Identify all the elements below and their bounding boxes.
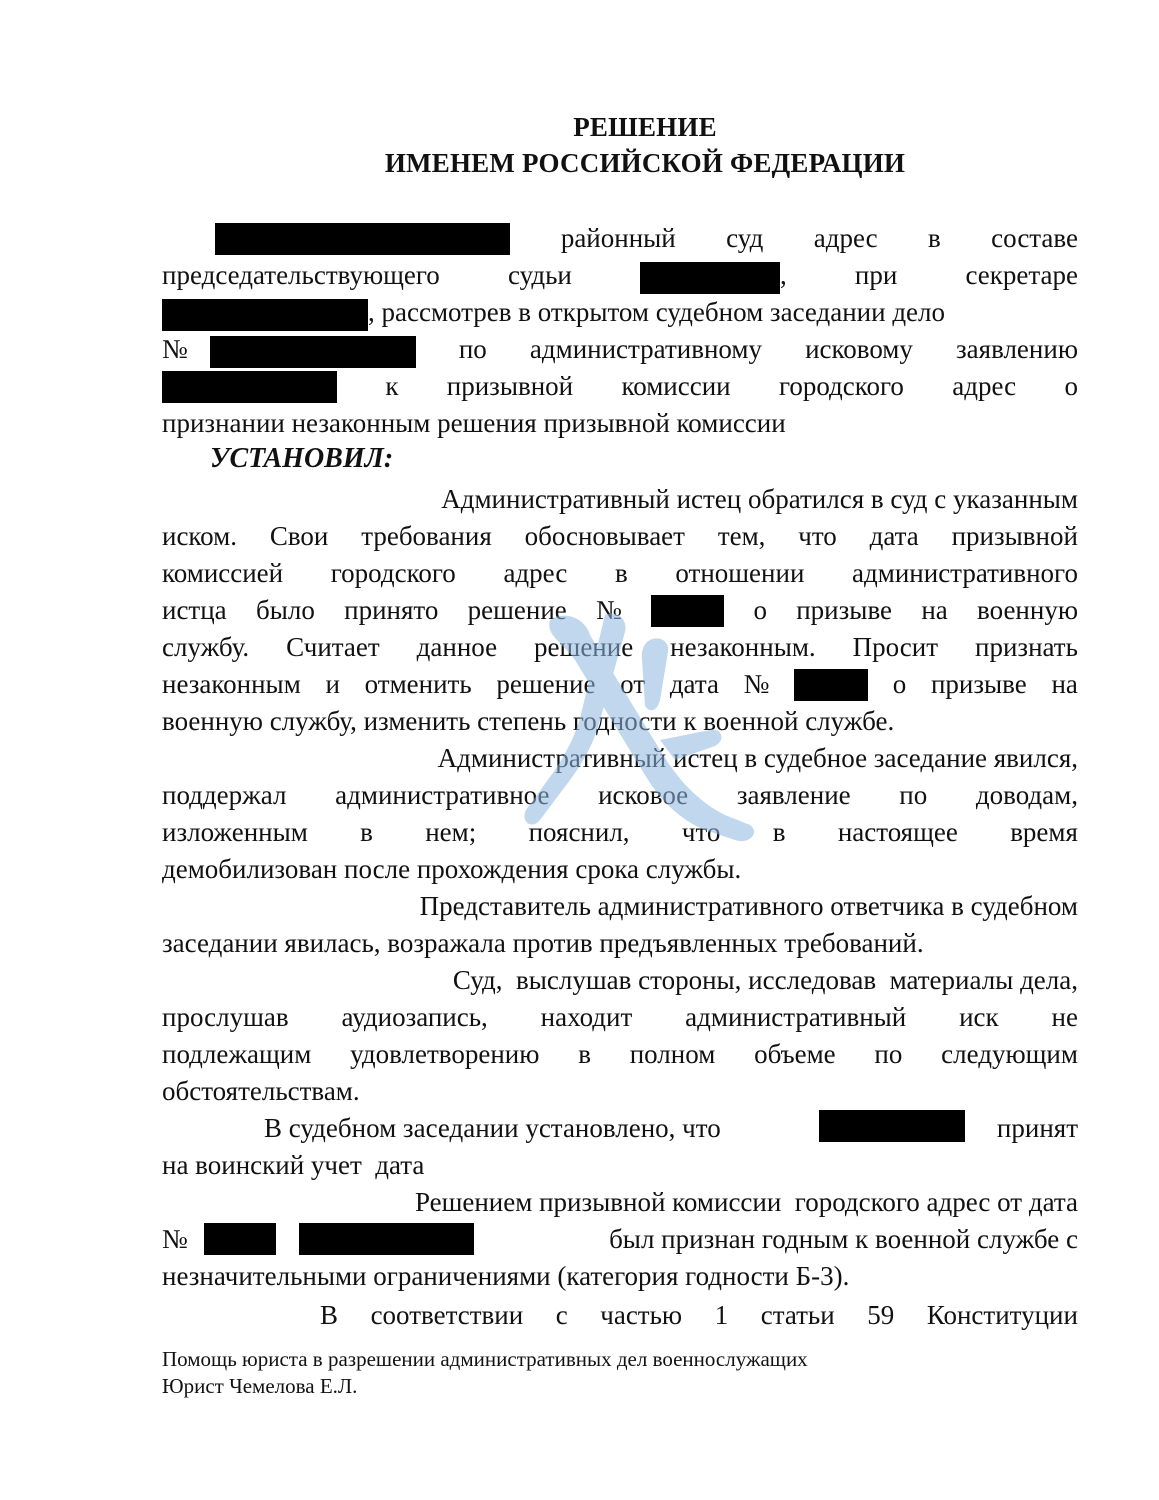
- word: данное: [417, 629, 497, 666]
- word: адрес: [503, 555, 567, 592]
- word: городского: [779, 368, 904, 405]
- word: и: [325, 666, 339, 703]
- word: судьи: [508, 257, 572, 294]
- p1-line-3: комиссией городского адрес в отношении а…: [162, 555, 1078, 592]
- word: подлежащим: [162, 1036, 311, 1073]
- word: при: [855, 257, 897, 294]
- word: административного: [852, 555, 1078, 592]
- word: в: [615, 555, 628, 592]
- word: истца: [162, 592, 227, 629]
- word: решение: [534, 629, 633, 666]
- redacted-block: [640, 262, 780, 294]
- redacted-judge: ,: [640, 257, 787, 294]
- word: 59: [867, 1297, 894, 1334]
- word: следующим: [941, 1036, 1078, 1073]
- word: что: [682, 814, 721, 851]
- word: незаконным.: [670, 629, 816, 666]
- word: дата: [670, 666, 719, 703]
- word: находит: [541, 999, 633, 1036]
- word: тем,: [718, 518, 766, 555]
- word: административный: [685, 999, 906, 1036]
- p1-line-1: Административный истец обратился в суд с…: [297, 481, 1078, 518]
- word: призывной: [952, 518, 1078, 555]
- redacted-block: [318, 223, 510, 255]
- word: председательствующего: [162, 257, 440, 294]
- word: дата: [870, 518, 919, 555]
- p3-line-1: Представитель административного ответчик…: [278, 888, 1078, 925]
- word: о: [753, 592, 767, 629]
- p4-line-3: подлежащим удовлетворению в полном объем…: [162, 1036, 1078, 1073]
- document-title: РЕШЕНИЕ: [0, 112, 1159, 143]
- footer-line-2: Юрист Чемелова Е.Л.: [162, 1373, 357, 1400]
- intro-line-2: председательствующего судьи , при секрет…: [162, 257, 1078, 294]
- p4-line-1: Суд, выслушав стороны, исследовав матери…: [292, 962, 1078, 999]
- redacted-block: [215, 223, 328, 255]
- word: принят: [997, 1110, 1078, 1147]
- word: призывной: [447, 368, 573, 405]
- word: в: [773, 814, 786, 851]
- word: административное: [335, 777, 549, 814]
- document-page: РЕШЕНИЕ ИМЕНЕМ РОССИЙСКОЙ ФЕДЕРАЦИИ райо…: [0, 0, 1159, 1500]
- p6-line-2: № был признан годным к военной службе с: [162, 1221, 1078, 1258]
- section-heading: УСТАНОВИЛ:: [210, 443, 393, 475]
- word: аудиозапись,: [341, 999, 487, 1036]
- redacted-block: [162, 371, 337, 403]
- intro-line-5: к призывной комиссии городского адрес о: [162, 368, 1078, 405]
- word: было: [256, 592, 315, 629]
- word: №: [744, 666, 770, 703]
- word: призыве: [931, 666, 1027, 703]
- word: Конституции: [927, 1297, 1078, 1334]
- p2-line-1: Административный истец в судебное заседа…: [290, 740, 1078, 777]
- word: составе: [991, 220, 1078, 257]
- word: решение: [496, 666, 595, 703]
- text: В судебном заседании установлено, что: [264, 1113, 721, 1143]
- word: прослушав: [162, 999, 289, 1036]
- text: был признан годным к военной службе с: [609, 1221, 1078, 1258]
- word: изложенным: [162, 814, 308, 851]
- word: заявление: [737, 777, 851, 814]
- p4-line-2: прослушав аудиозапись, находит администр…: [162, 999, 1078, 1036]
- p1-line-4: истца было принято решение № о призыве н…: [162, 592, 1078, 629]
- word: объеме: [754, 1036, 836, 1073]
- word: военную: [977, 592, 1078, 629]
- redacted-block: [794, 669, 868, 701]
- word: требования: [361, 518, 492, 555]
- word: не: [1052, 999, 1078, 1036]
- word: настоящее: [838, 814, 958, 851]
- word: в: [360, 814, 373, 851]
- footer-line-1: Помощь юриста в разрешении административ…: [162, 1346, 808, 1373]
- redacted-block: [204, 1223, 276, 1255]
- redacted-block: [299, 1223, 474, 1255]
- word: пояснил,: [529, 814, 630, 851]
- word: секретаре: [965, 257, 1078, 294]
- number-sign: №: [162, 1224, 188, 1254]
- intro-line-4: № по административному исковому заявлени…: [162, 331, 1078, 368]
- text: , рассмотрев в открытом судебном заседан…: [368, 297, 945, 327]
- word: принято: [344, 592, 438, 629]
- word: иск: [959, 999, 999, 1036]
- intro-line-1: районный суд адрес в составе: [215, 220, 1078, 257]
- p2-line-4: демобилизован после прохождения срока сл…: [162, 851, 1078, 888]
- word: время: [1010, 814, 1078, 851]
- p1-line-2: иском. Свои требования обосновывает тем,…: [162, 518, 1078, 555]
- document-subtitle: ИМЕНЕМ РОССИЙСКОЙ ФЕДЕРАЦИИ: [0, 148, 1159, 179]
- word: адрес: [814, 220, 878, 257]
- redacted-block: [162, 299, 368, 331]
- p7-line-1: В соответствии с частью 1 статьи 59 Конс…: [320, 1297, 1078, 1334]
- word: исковому: [805, 331, 913, 368]
- word: 1: [715, 1297, 729, 1334]
- word: на: [1051, 666, 1077, 703]
- word: адрес: [952, 368, 1016, 405]
- word: иском.: [162, 518, 237, 555]
- word: в: [578, 1036, 591, 1073]
- word: Просит: [853, 629, 938, 666]
- p5-line-2: на воинский учет дата: [162, 1147, 1078, 1184]
- word: призыве: [796, 592, 892, 629]
- p1-line-5: службу. Считает данное решение незаконны…: [162, 629, 1078, 666]
- word: к: [385, 368, 398, 405]
- p6-line-1: Решением призывной комиссии городского а…: [276, 1184, 1078, 1221]
- p3-line-2: заседании явилась, возражала против пред…: [162, 925, 1078, 962]
- redacted-block: [819, 1110, 965, 1142]
- word: исковое: [598, 777, 688, 814]
- word: районный: [561, 220, 676, 257]
- word: комиссией: [162, 555, 283, 592]
- intro-line-3: , рассмотрев в открытом судебном заседан…: [162, 294, 1078, 331]
- word: что: [798, 518, 837, 555]
- case-number: №: [162, 331, 416, 368]
- word: службу.: [162, 629, 249, 666]
- p2-line-2: поддержал административное исковое заявл…: [162, 777, 1078, 814]
- word: обосновывает: [525, 518, 685, 555]
- word: административному: [530, 331, 762, 368]
- word: о: [1064, 368, 1078, 405]
- word: решение: [468, 592, 567, 629]
- intro-line-6: признании незаконным решения призывной к…: [162, 405, 1078, 442]
- word: поддержал: [162, 777, 286, 814]
- word: №: [596, 592, 622, 629]
- word: соответствии: [371, 1297, 524, 1334]
- word: отношении: [675, 555, 804, 592]
- word: статьи: [761, 1297, 835, 1334]
- redacted-block: [651, 595, 724, 627]
- p4-line-4: обстоятельствам.: [162, 1073, 1078, 1110]
- word: отменить: [365, 666, 472, 703]
- word: частью: [600, 1297, 682, 1334]
- p2-line-3: изложенным в нем; пояснил, что в настоящ…: [162, 814, 1078, 851]
- word: с: [556, 1297, 568, 1334]
- word: ,: [780, 260, 787, 290]
- word: по: [459, 331, 487, 368]
- word: заявлению: [956, 331, 1078, 368]
- redacted-block: [210, 336, 416, 368]
- word: по: [899, 777, 927, 814]
- word: в: [928, 220, 941, 257]
- word: Считает: [286, 629, 380, 666]
- word: суд: [726, 220, 763, 257]
- word: от: [620, 666, 645, 703]
- p1-line-6: незаконным и отменить решение от дата № …: [162, 666, 1078, 703]
- word: городского: [331, 555, 456, 592]
- p1-line-7: военную службу, изменить степень годност…: [162, 703, 1078, 740]
- p6-line-3: незначительными ограничениями (категория…: [162, 1258, 1078, 1295]
- word: о: [893, 666, 907, 703]
- word: полном: [630, 1036, 716, 1073]
- number-sign: №: [162, 334, 188, 364]
- word: незаконным: [162, 666, 301, 703]
- word: В: [320, 1297, 338, 1334]
- word: комиссии: [621, 368, 730, 405]
- word: Свои: [270, 518, 329, 555]
- word: на: [921, 592, 947, 629]
- word: признать: [975, 629, 1078, 666]
- word: доводам,: [976, 777, 1078, 814]
- p5-line-1: В судебном заседании установлено, что пр…: [264, 1110, 1078, 1147]
- word: удовлетворению: [350, 1036, 539, 1073]
- word: по: [874, 1036, 902, 1073]
- word: нем;: [425, 814, 476, 851]
